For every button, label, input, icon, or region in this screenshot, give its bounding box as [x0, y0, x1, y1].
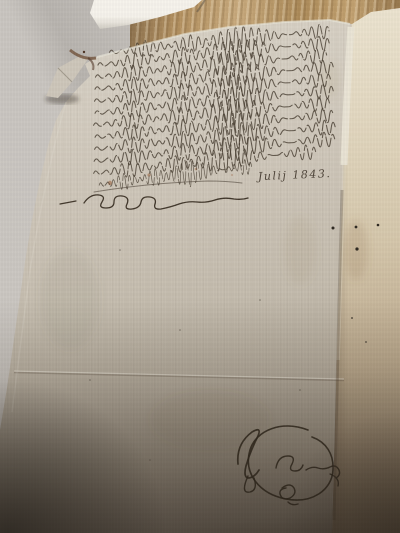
date-text: Julij 1843.: [256, 167, 332, 183]
stain-spots: [40, 62, 368, 450]
stack-gap-shadow: [197, 0, 205, 12]
paraph-flourish: [60, 181, 248, 209]
crease-line: [14, 371, 344, 381]
handwriting-line: [94, 71, 332, 107]
handwriting-line: [95, 47, 328, 83]
handwriting-line: [97, 35, 330, 71]
handwriting-line: [93, 95, 331, 131]
photo-scene: Julij 1843.: [0, 0, 400, 533]
handwriting-block: Julij 1843.: [88, 23, 339, 191]
ink-and-detail-overlay: Julij 1843.: [0, 0, 400, 533]
handwriting-line: [98, 158, 252, 190]
